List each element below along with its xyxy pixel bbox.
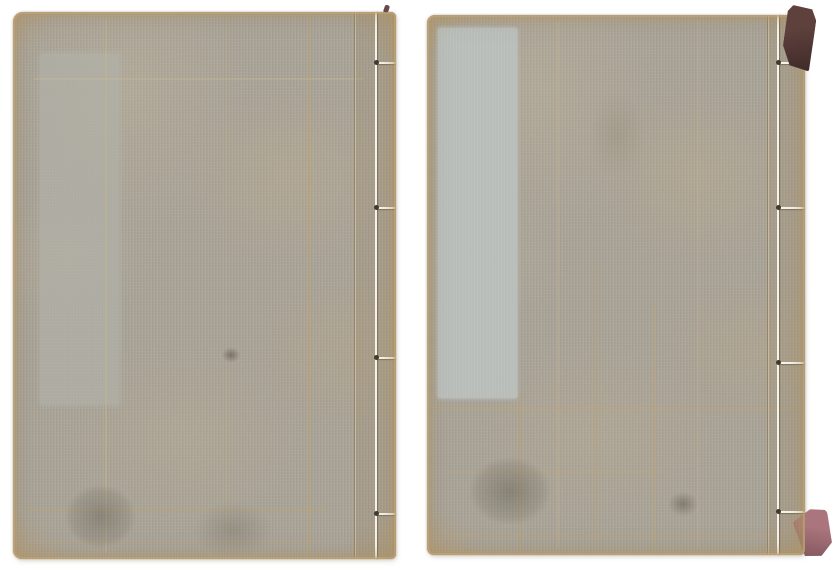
binding-stitch xyxy=(377,357,396,359)
binding-stitch xyxy=(779,511,805,513)
binding-hole xyxy=(776,60,781,65)
binding-hole xyxy=(776,360,781,365)
binding-hole xyxy=(776,509,781,514)
binding-stitch xyxy=(779,207,805,209)
binding-thread xyxy=(375,12,377,559)
book-right-label-ghost xyxy=(438,28,517,398)
book-left-label-ghost xyxy=(41,54,119,404)
book-right xyxy=(427,15,805,555)
binding-stitch xyxy=(377,207,396,209)
binding-stitch xyxy=(779,62,805,64)
binding-hole xyxy=(374,511,379,516)
binding-hole xyxy=(374,60,379,65)
binding-hole xyxy=(776,205,781,210)
photo-canvas xyxy=(0,0,832,580)
binding-thread xyxy=(777,15,779,555)
binding-stitch xyxy=(377,62,396,64)
book-left xyxy=(13,12,396,559)
spine-fold-strip xyxy=(767,15,805,555)
binding-stitch xyxy=(377,513,396,515)
binding-hole xyxy=(374,205,379,210)
binding-stitch xyxy=(779,362,805,364)
binding-hole xyxy=(374,355,379,360)
